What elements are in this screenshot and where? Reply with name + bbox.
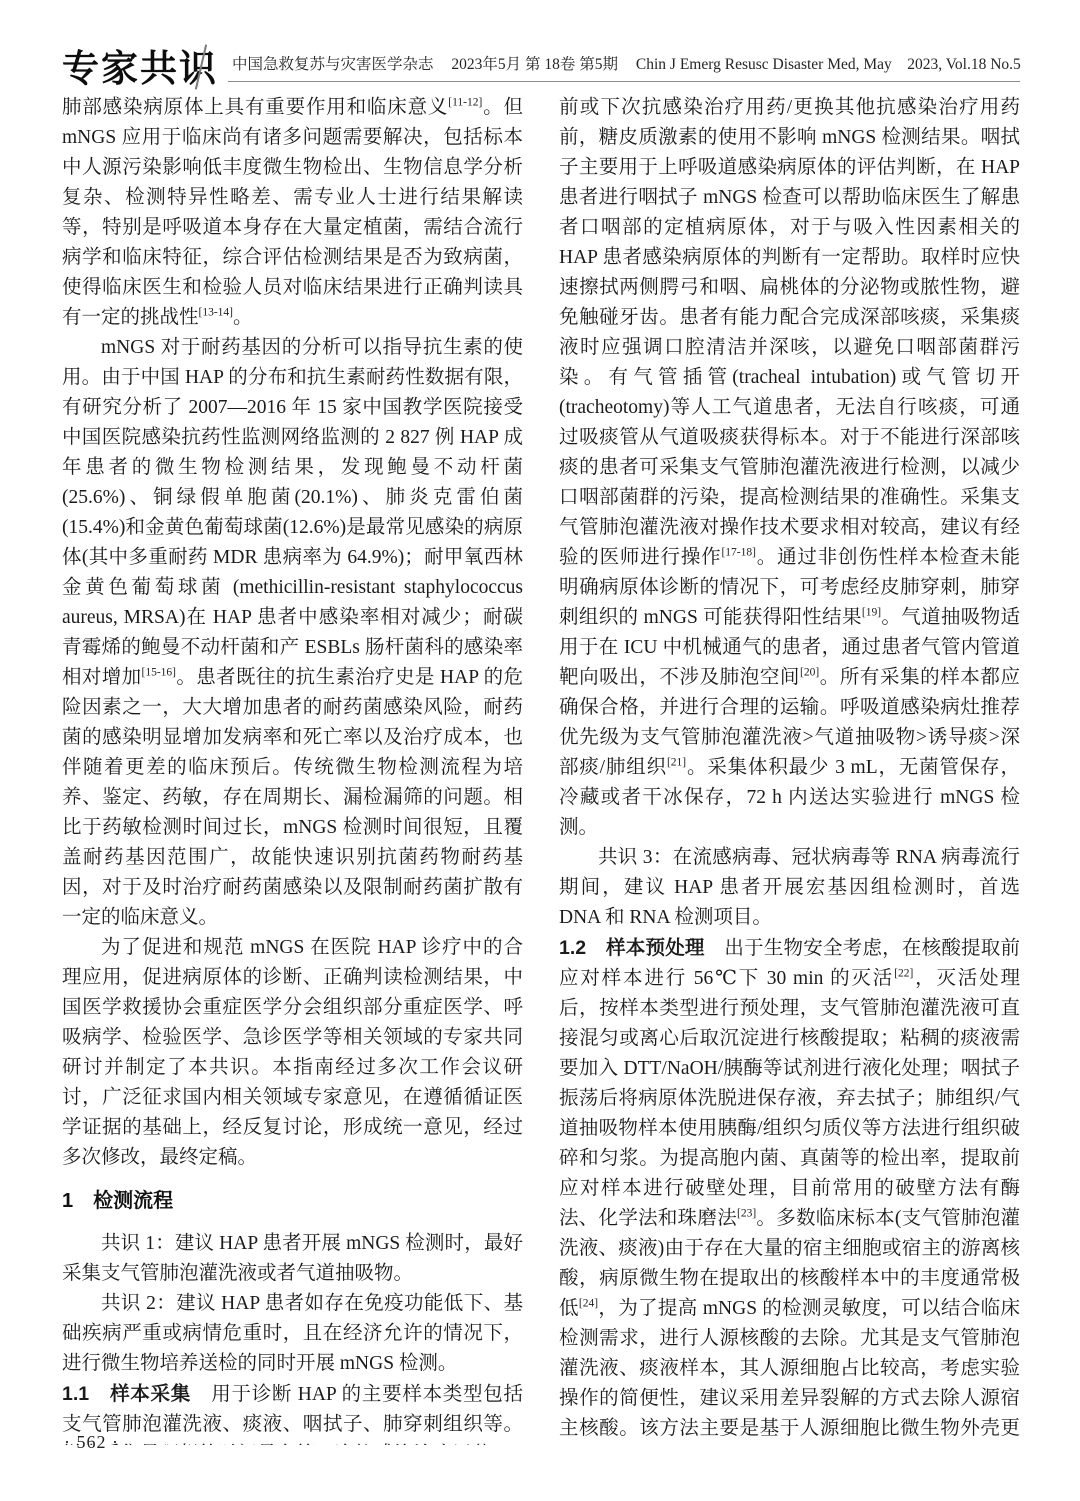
paragraph: 为了促进和规范 mNGS 在医院 HAP 诊疗中的合理应用，促进病原体的诊断、正… xyxy=(62,933,523,1173)
citation-ref: [24] xyxy=(579,1298,598,1310)
paragraph: 前或下次抗感染治疗用药/更换其他抗感染治疗用药前，糖皮质激素的使用不影响 mNG… xyxy=(559,93,1020,843)
citation-ref: [17-18] xyxy=(721,547,756,559)
citation-ref: [19] xyxy=(862,607,881,619)
header-rule xyxy=(228,81,1020,82)
page-number: · 562 · xyxy=(64,1432,119,1452)
paragraph: 1.2 样本预处理 出于生物安全考虑，在核酸提取前应对样本进行 56℃下 30 … xyxy=(559,933,1020,1445)
journal-title-en: Chin J Emerg Resusc Disaster Med, May 20… xyxy=(636,56,1021,73)
article-body: 肺部感染病原体上具有重要作用和临床意义[11-12]。但 mNGS 应用于临床尚… xyxy=(62,93,1020,1445)
paragraph: 共识 2：建议 HAP 患者如存在免疫功能低下、基础疾病严重或病情危重时，且在经… xyxy=(62,1289,523,1379)
column-right: 前或下次抗感染治疗用药/更换其他抗感染治疗用药前，糖皮质激素的使用不影响 mNG… xyxy=(559,93,1020,1445)
paragraph: mNGS 对于耐药基因的分析可以指导抗生素的使用。由于中国 HAP 的分布和抗生… xyxy=(62,333,523,933)
paragraph: 共识 1：建议 HAP 患者开展 mNGS 检测时，最好采集支气管肺泡灌洗液或者… xyxy=(62,1229,523,1289)
citation-ref: [20] xyxy=(800,667,819,679)
column-left: 肺部感染病原体上具有重要作用和临床意义[11-12]。但 mNGS 应用于临床尚… xyxy=(62,93,523,1445)
journal-info-line: 中国急救复苏与灾害医学杂志 2023年5月 第 18卷 第5期 Chin J E… xyxy=(232,52,1035,74)
journal-title-cn: 中国急救复苏与灾害医学杂志 xyxy=(232,56,434,73)
citation-ref: [11-12] xyxy=(448,97,482,109)
citation-ref: [22] xyxy=(894,968,913,980)
paragraph: 共识 3：在流感病毒、冠状病毒等 RNA 病毒流行期间，建议 HAP 患者开展宏… xyxy=(559,843,1020,933)
paragraph: 肺部感染病原体上具有重要作用和临床意义[11-12]。但 mNGS 应用于临床尚… xyxy=(62,93,523,333)
citation-ref: [15-16] xyxy=(142,667,177,679)
page-footer: · 562 · xyxy=(64,1432,119,1453)
journal-page: 专家共识 中国急救复苏与灾害医学杂志 2023年5月 第 18卷 第5期 Chi… xyxy=(0,0,1080,1501)
section-heading: 1 检测流程 xyxy=(62,1186,523,1216)
citation-ref: [23] xyxy=(737,1208,756,1220)
paragraph: 1.1 样本采集 用于诊断 HAP 的主要样本类型包括支气管肺泡灌洗液、痰液、咽… xyxy=(62,1379,523,1445)
journal-issue-cn: 2023年5月 第 18卷 第5期 xyxy=(451,56,618,73)
citation-ref: [13-14] xyxy=(199,307,234,319)
column-logo: 专家共识 xyxy=(62,38,218,92)
page-header: 专家共识 中国急救复苏与灾害医学杂志 2023年5月 第 18卷 第5期 Chi… xyxy=(62,36,1020,88)
citation-ref: [21] xyxy=(667,757,686,769)
subsection-label: 1.2 样本预处理 xyxy=(559,937,705,959)
subsection-label: 1.1 样本采集 xyxy=(62,1383,191,1405)
